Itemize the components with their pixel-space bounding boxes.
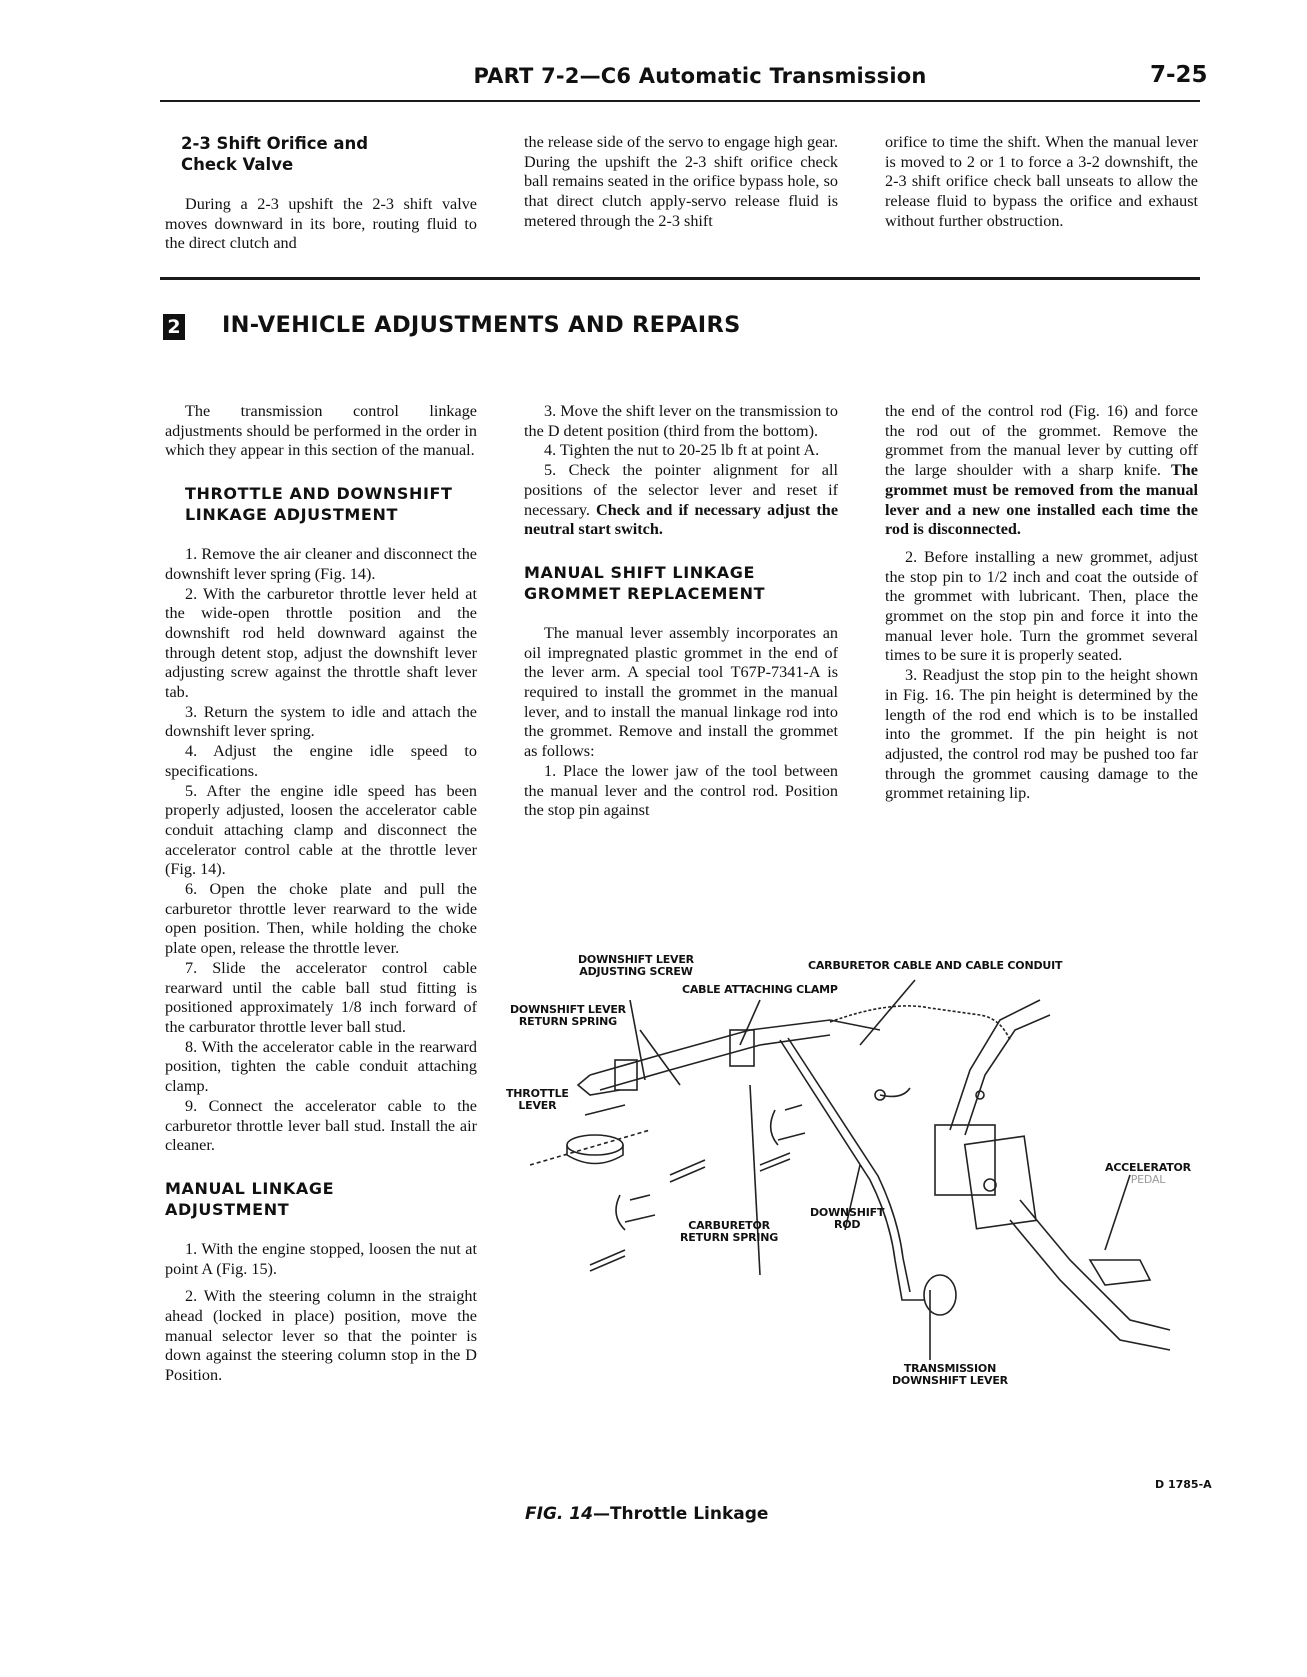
orifice-heading: 2-3 Shift Orifice and Check Valve: [181, 133, 477, 175]
paragraph: During a 2-3 upshift the 2-3 shift valve…: [165, 195, 477, 254]
top-column-1: 2-3 Shift Orifice and Check Valve During…: [165, 133, 477, 254]
step: 7. Slide the accelerator control cable r…: [165, 959, 477, 1038]
top-column-2: the release side of the servo to engage …: [524, 133, 838, 232]
step: 3. Move the shift lever on the transmiss…: [524, 402, 838, 441]
step: 1. Remove the air cleaner and disconnect…: [165, 545, 477, 584]
heading-line: 2-3 Shift Orifice and: [181, 134, 368, 153]
label-line: RETURN SPRING: [519, 1015, 617, 1028]
step: 2. With the carburetor throttle lever he…: [165, 585, 477, 703]
label-throttle-lever: THROTTLE LEVER: [506, 1088, 569, 1112]
body-column-3: the end of the control rod (Fig. 16) and…: [885, 402, 1198, 804]
heading-line: LINKAGE ADJUSTMENT: [185, 505, 398, 524]
label-transmission-downshift-lever: TRANSMISSION DOWNSHIFT LEVER: [892, 1363, 1008, 1387]
heading-line: THROTTLE AND DOWNSHIFT: [185, 484, 453, 503]
heading-line: MANUAL SHIFT LINKAGE: [524, 563, 755, 582]
heading-line: MANUAL LINKAGE: [165, 1179, 334, 1198]
step: 2. Before installing a new grommet, adju…: [885, 548, 1198, 666]
section-number-badge: 2: [163, 314, 185, 340]
label-line: PEDAL: [1131, 1173, 1166, 1186]
manual-linkage-heading: MANUAL LINKAGE ADJUSTMENT: [165, 1178, 477, 1220]
figure-caption: FIG. 14—Throttle Linkage: [525, 1504, 768, 1524]
label-line: DOWNSHIFT LEVER: [892, 1374, 1008, 1387]
step: 4. Tighten the nut to 20-25 lb ft at poi…: [524, 441, 838, 461]
step: 9. Connect the accelerator cable to the …: [165, 1097, 477, 1156]
step: 4. Adjust the engine idle speed to speci…: [165, 742, 477, 781]
manual-page: PART 7-2—C6 Automatic Transmission 7-25 …: [0, 0, 1307, 1677]
body-column-1: The transmission control linkage adjustm…: [165, 402, 477, 1386]
section-title: IN-VEHICLE ADJUSTMENTS AND REPAIRS: [222, 312, 741, 338]
paragraph: orifice to time the shift. When the manu…: [885, 133, 1198, 232]
paragraph: the release side of the servo to engage …: [524, 133, 838, 232]
throttle-linkage-heading: THROTTLE AND DOWNSHIFT LINKAGE ADJUSTMEN…: [185, 483, 477, 525]
page-header-title: PART 7-2—C6 Automatic Transmission: [440, 64, 960, 88]
label-carburetor-return-spring: CARBURETOR RETURN SPRING: [680, 1220, 778, 1244]
figure-number: FIG. 14: [525, 1504, 593, 1524]
throttle-linkage-figure: DOWNSHIFT LEVER ADJUSTING SCREW CARBURET…: [530, 960, 1210, 1440]
label-downshift-rod: DOWNSHIFT ROD: [810, 1207, 884, 1231]
step: 5. Check the pointer alignment for all p…: [524, 461, 838, 540]
label-adjusting-screw: DOWNSHIFT LEVER ADJUSTING SCREW: [578, 954, 694, 978]
label-line: LEVER: [518, 1099, 556, 1112]
heading-line: Check Valve: [181, 155, 293, 174]
label-carburetor-cable: CARBURETOR CABLE AND CABLE CONDUIT: [808, 960, 1062, 972]
heading-line: ADJUSTMENT: [165, 1200, 289, 1219]
step: 2. With the steering column in the strai…: [165, 1287, 477, 1386]
figure-title: —Throttle Linkage: [593, 1504, 769, 1524]
paragraph-text: the end of the control rod (Fig. 16) and…: [885, 402, 1198, 479]
header-divider: [160, 100, 1200, 102]
figure-code: D 1785-A: [1155, 1478, 1212, 1491]
paragraph: The transmission control linkage adjustm…: [165, 402, 477, 461]
paragraph: The manual lever assembly incorporates a…: [524, 624, 838, 762]
label-line: ROD: [834, 1218, 860, 1231]
paragraph: the end of the control rod (Fig. 16) and…: [885, 402, 1198, 540]
step: 1. With the engine stopped, loosen the n…: [165, 1240, 477, 1279]
step: 3. Readjust the stop pin to the height s…: [885, 666, 1198, 804]
section-divider: [160, 277, 1200, 280]
step: 1. Place the lower jaw of the tool betwe…: [524, 762, 838, 821]
throttle-linkage-illustration: [530, 960, 1210, 1440]
label-accelerator-pedal: ACCELERATOR PEDAL: [1105, 1162, 1191, 1186]
step: 5. After the engine idle speed has been …: [165, 782, 477, 881]
top-column-3: orifice to time the shift. When the manu…: [885, 133, 1198, 232]
label-line: RETURN SPRING: [680, 1231, 778, 1244]
label-cable-clamp: CABLE ATTACHING CLAMP: [682, 984, 838, 996]
step: 6. Open the choke plate and pull the car…: [165, 880, 477, 959]
grommet-replacement-heading: MANUAL SHIFT LINKAGE GROMMET REPLACEMENT: [524, 562, 838, 604]
label-return-spring: DOWNSHIFT LEVER RETURN SPRING: [510, 1004, 626, 1028]
label-line: ADJUSTING SCREW: [579, 965, 692, 978]
step: 3. Return the system to idle and attach …: [165, 703, 477, 742]
body-column-2: 3. Move the shift lever on the transmiss…: [524, 402, 838, 821]
heading-line: GROMMET REPLACEMENT: [524, 584, 765, 603]
page-number: 7-25: [1150, 62, 1208, 88]
step: 8. With the accelerator cable in the rea…: [165, 1038, 477, 1097]
